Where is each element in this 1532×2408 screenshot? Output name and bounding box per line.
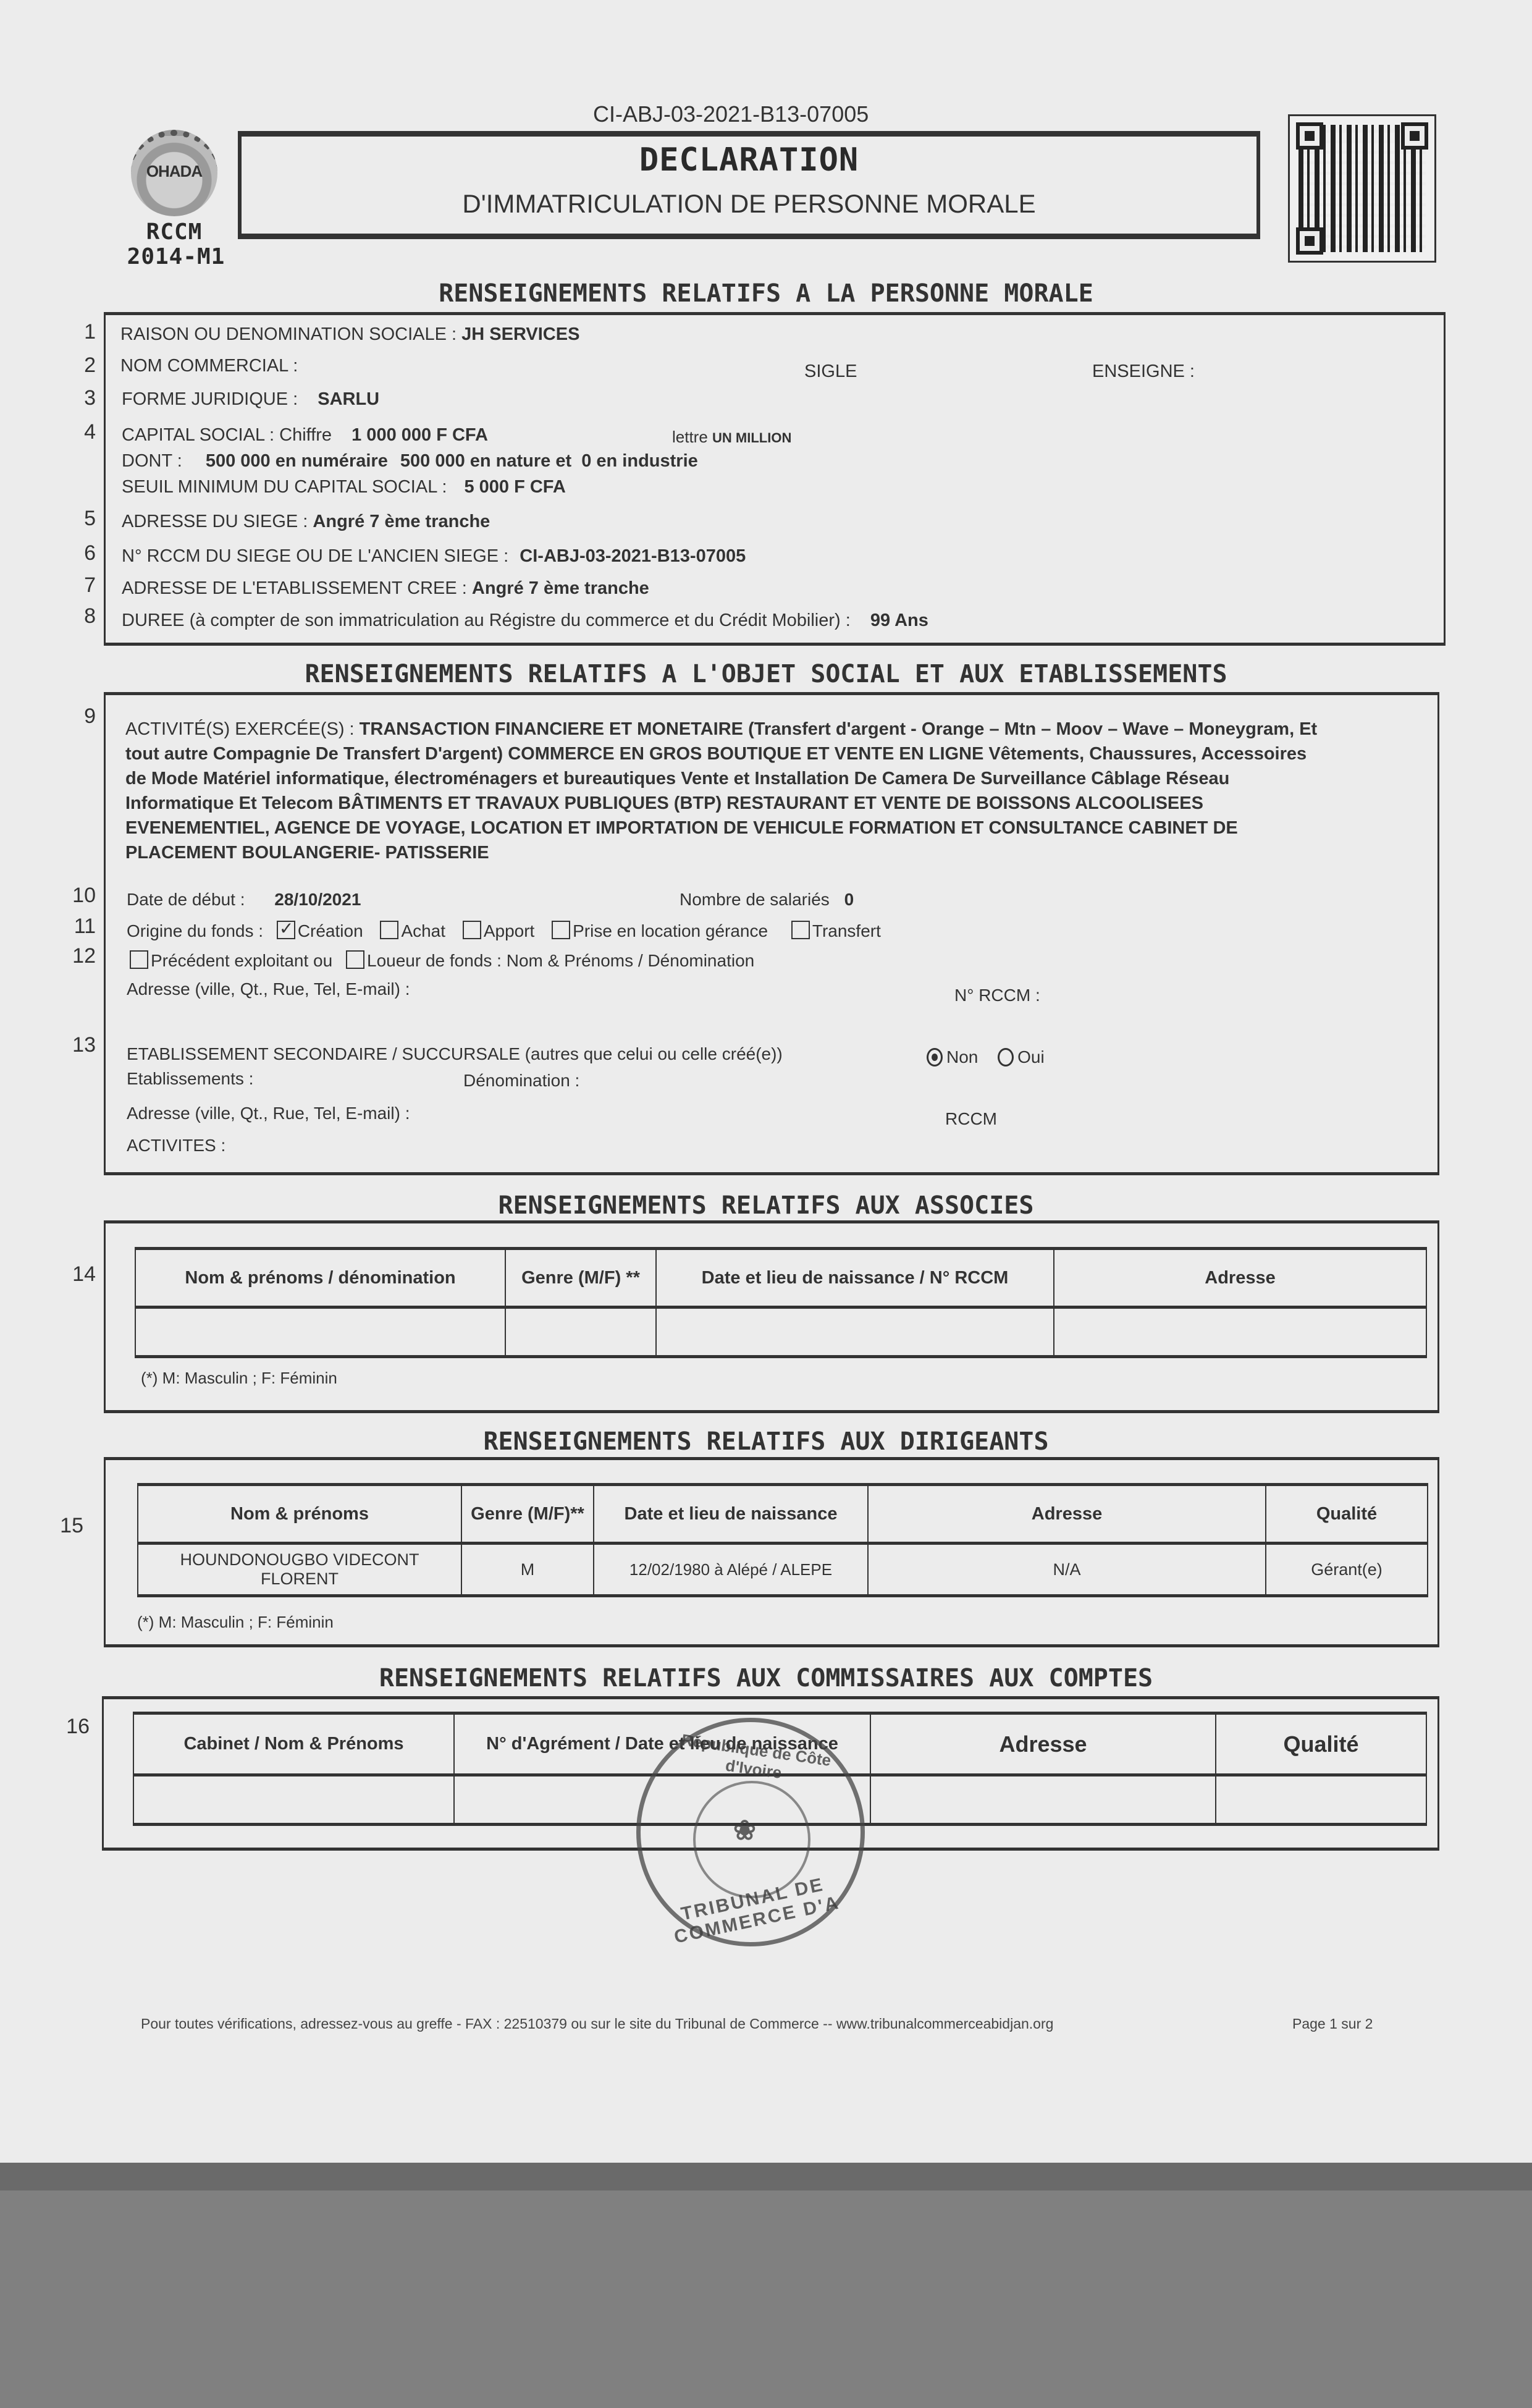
enseigne-label: ENSEIGNE : bbox=[1092, 361, 1195, 382]
checkbox-icon[interactable] bbox=[380, 921, 398, 939]
salaries-label: Nombre de salariés bbox=[680, 890, 830, 909]
associes-col-naissance: Date et lieu de naissance / N° RCCM bbox=[656, 1249, 1054, 1308]
option-creation[interactable]: Création bbox=[277, 921, 363, 940]
row-number-11: 11 bbox=[59, 915, 96, 939]
option-loueur[interactable]: Loueur de fonds : Nom & Prénoms / Dénomi… bbox=[346, 951, 754, 970]
table-row bbox=[135, 1308, 1426, 1357]
associes-cell bbox=[505, 1308, 656, 1357]
commissaires-cell bbox=[1216, 1775, 1426, 1825]
capital-label: CAPITAL SOCIAL : Chiffre bbox=[122, 425, 332, 445]
seuil-label: SEUIL MINIMUM DU CAPITAL SOCIAL : bbox=[122, 477, 447, 497]
row-number-14: 14 bbox=[59, 1262, 96, 1286]
form-code-line1: RCCM bbox=[137, 219, 211, 245]
capital-social-row: CAPITAL SOCIAL : Chiffre 1 000 000 F CFA bbox=[122, 425, 488, 446]
option-apport[interactable]: Apport bbox=[463, 921, 535, 940]
adresse-etablissement-value: Angré 7 ème tranche bbox=[472, 578, 649, 598]
row-number-13: 13 bbox=[59, 1033, 96, 1057]
row-number-3: 3 bbox=[59, 386, 96, 410]
checkbox-checked-icon[interactable] bbox=[277, 921, 295, 939]
radio-non[interactable]: Non bbox=[927, 1047, 978, 1067]
associes-table: Nom & prénoms / dénomination Genre (M/F)… bbox=[135, 1247, 1427, 1358]
qr-finder-top-left bbox=[1296, 122, 1323, 150]
qr-code bbox=[1288, 114, 1436, 263]
associes-note: (*) M: Masculin ; F: Féminin bbox=[141, 1369, 337, 1388]
sigle-label: SIGLE bbox=[804, 361, 857, 382]
seuil-row: SEUIL MINIMUM DU CAPITAL SOCIAL : 5 000 … bbox=[122, 477, 566, 497]
section-title-associes: RENSEIGNEMENTS RELATIFS AUX ASSOCIES bbox=[0, 1191, 1532, 1220]
rccm-siege-label: N° RCCM DU SIEGE OU DE L'ANCIEN SIEGE : bbox=[122, 546, 508, 566]
duree-label: DUREE (à compter de son immatriculation … bbox=[122, 610, 851, 630]
dirigeants-col-genre: Genre (M/F)** bbox=[461, 1485, 594, 1544]
adresse-siege-label: ADRESSE DU SIEGE : bbox=[122, 512, 308, 531]
activites-line-3: de Mode Matériel informatique, électromé… bbox=[125, 766, 1423, 791]
option-apport-label: Apport bbox=[484, 921, 535, 940]
activites-line-5: EVENEMENTIEL, AGENCE DE VOYAGE, LOCATION… bbox=[125, 816, 1423, 840]
commissaires-col-qualite: Qualité bbox=[1216, 1713, 1426, 1775]
section-title-dirigeants: RENSEIGNEMENTS RELATIFS AUX DIRIGEANTS bbox=[0, 1427, 1532, 1456]
duree-row: DUREE (à compter de son immatriculation … bbox=[122, 610, 928, 631]
capital-value: 1 000 000 F CFA bbox=[351, 425, 488, 445]
row-number-5: 5 bbox=[59, 507, 96, 531]
dirigeant-naissance: 12/02/1980 à Alépé / ALEPE bbox=[594, 1544, 868, 1596]
dirigeants-note: (*) M: Masculin ; F: Féminin bbox=[137, 1613, 334, 1632]
date-debut-label: Date de début : bbox=[127, 890, 245, 909]
etablissements-label: Etablissements : bbox=[127, 1069, 253, 1089]
checkbox-icon[interactable] bbox=[463, 921, 481, 939]
forme-juridique-row: FORME JURIDIQUE : SARLU bbox=[122, 389, 379, 410]
option-achat[interactable]: Achat bbox=[380, 921, 445, 940]
capital-lettre: lettre UN MILLION bbox=[672, 428, 791, 447]
option-transfert-label: Transfert bbox=[812, 921, 881, 940]
associes-cell bbox=[1054, 1308, 1426, 1357]
row-number-7: 7 bbox=[59, 573, 96, 598]
radio-non-label: Non bbox=[946, 1047, 978, 1067]
option-creation-label: Création bbox=[298, 921, 363, 940]
option-achat-label: Achat bbox=[401, 921, 445, 940]
denomination-value: JH SERVICES bbox=[461, 324, 579, 344]
etablissement-adresse-label: Adresse (ville, Qt., Rue, Tel, E-mail) : bbox=[127, 1104, 410, 1123]
associes-cell bbox=[656, 1308, 1054, 1357]
numeraire-value: 500 000 en numéraire bbox=[206, 451, 388, 471]
nature-value: 500 000 en nature et bbox=[400, 451, 571, 471]
precedent-adresse-label: Adresse (ville, Qt., Rue, Tel, E-mail) : bbox=[127, 979, 410, 999]
forme-juridique-label: FORME JURIDIQUE : bbox=[122, 389, 298, 409]
option-precedent[interactable]: Précédent exploitant ou bbox=[130, 951, 332, 970]
denomination-secondaire-label: Dénomination : bbox=[463, 1071, 579, 1091]
denomination-row: RAISON OU DENOMINATION SOCIALE : JH SERV… bbox=[120, 324, 579, 345]
activites-block: ACTIVITÉ(S) EXERCÉE(S) : TRANSACTION FIN… bbox=[125, 717, 1423, 865]
associes-col-adresse: Adresse bbox=[1054, 1249, 1426, 1308]
salaries-row: Nombre de salariés 0 bbox=[680, 890, 854, 910]
duree-value: 99 Ans bbox=[870, 610, 928, 630]
row-number-10: 10 bbox=[59, 884, 96, 908]
etablissement-rccm-label: RCCM bbox=[945, 1109, 997, 1129]
row-number-6: 6 bbox=[59, 541, 96, 565]
salaries-value: 0 bbox=[844, 890, 854, 909]
document-subtitle: D'IMMATRICULATION DE PERSONNE MORALE bbox=[242, 189, 1256, 219]
row-number-4: 4 bbox=[59, 420, 96, 444]
activites-line-1: TRANSACTION FINANCIERE ET MONETAIRE (Tra… bbox=[360, 719, 1318, 739]
commissaires-col-adresse: Adresse bbox=[870, 1713, 1216, 1775]
ohada-logo: OHADA bbox=[131, 130, 217, 216]
radio-oui[interactable]: Oui bbox=[998, 1047, 1045, 1067]
etablissement-secondaire-label: ETABLISSEMENT SECONDAIRE / SUCCURSALE (a… bbox=[127, 1044, 783, 1064]
row-number-8: 8 bbox=[59, 604, 96, 628]
adresse-etablissement-row: ADRESSE DE L'ETABLISSEMENT CREE : Angré … bbox=[122, 578, 649, 599]
checkbox-icon[interactable] bbox=[552, 921, 570, 939]
dirigeant-qualite: Gérant(e) bbox=[1266, 1544, 1428, 1596]
activites-line-2: tout autre Compagnie De Transfert D'arge… bbox=[125, 741, 1423, 766]
qr-finder-top-right bbox=[1401, 122, 1428, 150]
commissaires-cell bbox=[133, 1775, 454, 1825]
rccm-siege-value: CI-ABJ-03-2021-B13-07005 bbox=[520, 546, 746, 566]
option-location-gerance-label: Prise en location gérance bbox=[573, 921, 768, 940]
option-loueur-label: Loueur de fonds : Nom & Prénoms / Dénomi… bbox=[367, 951, 754, 970]
forme-juridique-value: SARLU bbox=[318, 389, 379, 409]
rccm-siege-row: N° RCCM DU SIEGE OU DE L'ANCIEN SIEGE : … bbox=[122, 546, 746, 567]
adresse-etablissement-label: ADRESSE DE L'ETABLISSEMENT CREE : bbox=[122, 578, 467, 598]
commissaires-cell bbox=[870, 1775, 1216, 1825]
row-number-12: 12 bbox=[59, 944, 96, 968]
activites-line-4: Informatique Et Telecom BÂTIMENTS ET TRA… bbox=[125, 791, 1423, 816]
document-page: CI-ABJ-03-2021-B13-07005 OHADA RCCM 2014… bbox=[0, 0, 1532, 2163]
radio-oui-label: Oui bbox=[1017, 1047, 1045, 1067]
scan-shadow-edge bbox=[0, 2163, 1532, 2190]
checkbox-icon[interactable] bbox=[346, 950, 364, 969]
origine-fonds-label: Origine du fonds : bbox=[127, 921, 263, 940]
dirigeants-col-naissance: Date et lieu de naissance bbox=[594, 1485, 868, 1544]
page-number: Page 1 sur 2 bbox=[1292, 2016, 1373, 2032]
activites-line-6: PLACEMENT BOULANGERIE- PATISSERIE bbox=[125, 840, 1423, 865]
associes-cell bbox=[135, 1308, 505, 1357]
dont-row: DONT : 500 000 en numéraire 500 000 en n… bbox=[122, 451, 698, 471]
footer-verification-text: Pour toutes vérifications, adressez-vous… bbox=[141, 2016, 1053, 2032]
denomination-label: RAISON OU DENOMINATION SOCIALE : bbox=[120, 324, 457, 344]
checkbox-icon[interactable] bbox=[791, 921, 810, 939]
logo-text: OHADA bbox=[131, 162, 217, 181]
industrie-value: 0 en industrie bbox=[581, 451, 698, 471]
dont-label: DONT : bbox=[122, 451, 182, 471]
checkbox-icon[interactable] bbox=[130, 950, 148, 969]
section-title-objet-social: RENSEIGNEMENTS RELATIFS A L'OBJET SOCIAL… bbox=[0, 660, 1532, 688]
dirigeant-genre: M bbox=[461, 1544, 594, 1596]
coat-of-arms-icon: ❀ bbox=[733, 1815, 756, 1846]
row-number-2: 2 bbox=[59, 353, 96, 378]
etablissement-activites-label: ACTIVITES : bbox=[127, 1136, 225, 1155]
commissaires-col-cabinet: Cabinet / Nom & Prénoms bbox=[133, 1713, 454, 1775]
document-title: DECLARATION bbox=[242, 142, 1256, 179]
date-debut-value: 28/10/2021 bbox=[274, 890, 361, 909]
official-stamp: République de Côte d'Ivoire ❀ TRIBUNAL D… bbox=[636, 1718, 865, 1946]
row-number-15: 15 bbox=[46, 1514, 83, 1538]
radio-icon[interactable] bbox=[998, 1048, 1014, 1067]
activites-label: ACTIVITÉ(S) EXERCÉE(S) : bbox=[125, 719, 355, 739]
radio-selected-icon[interactable] bbox=[927, 1048, 943, 1067]
rccm-number-header: CI-ABJ-03-2021-B13-07005 bbox=[593, 101, 869, 127]
seuil-value: 5 000 F CFA bbox=[464, 477, 565, 497]
title-box: DECLARATION D'IMMATRICULATION DE PERSONN… bbox=[238, 131, 1260, 239]
associes-col-genre: Genre (M/F) ** bbox=[505, 1249, 656, 1308]
lettre-value: UN MILLION bbox=[712, 430, 791, 446]
adresse-siege-value: Angré 7 ème tranche bbox=[313, 512, 490, 531]
section-title-personne-morale: RENSEIGNEMENTS RELATIFS A LA PERSONNE MO… bbox=[0, 279, 1532, 308]
dirigeants-col-qualite: Qualité bbox=[1266, 1485, 1428, 1544]
option-transfert[interactable]: Transfert bbox=[791, 921, 881, 940]
option-precedent-label: Précédent exploitant ou bbox=[151, 951, 332, 970]
precedent-row: Précédent exploitant ou Loueur de fonds … bbox=[130, 950, 754, 971]
nom-commercial-label: NOM COMMERCIAL : bbox=[120, 356, 298, 376]
etablissement-secondaire-radio: Non Oui bbox=[927, 1047, 1045, 1067]
qr-finder-bottom-left bbox=[1296, 227, 1323, 255]
lettre-label: lettre bbox=[672, 428, 708, 446]
row-number-1: 1 bbox=[59, 320, 96, 344]
section-title-commissaires: RENSEIGNEMENTS RELATIFS AUX COMMISSAIRES… bbox=[0, 1664, 1532, 1692]
dirigeants-table: Nom & prénoms Genre (M/F)** Date et lieu… bbox=[137, 1483, 1428, 1597]
dirigeants-col-nom: Nom & prénoms bbox=[138, 1485, 461, 1544]
row-number-9: 9 bbox=[59, 704, 96, 729]
precedent-rccm-label: N° RCCM : bbox=[954, 986, 1040, 1005]
adresse-siege-row: ADRESSE DU SIEGE : Angré 7 ème tranche bbox=[122, 512, 490, 532]
table-row: HOUNDONOUGBO VIDECONT FLORENT M 12/02/19… bbox=[138, 1544, 1428, 1596]
dirigeants-col-adresse: Adresse bbox=[868, 1485, 1266, 1544]
associes-col-nom: Nom & prénoms / dénomination bbox=[135, 1249, 505, 1308]
row-number-16: 16 bbox=[53, 1715, 90, 1739]
form-code-line2: 2014-M1 bbox=[117, 244, 235, 269]
dirigeant-adresse: N/A bbox=[868, 1544, 1266, 1596]
option-location-gerance[interactable]: Prise en location gérance bbox=[552, 921, 768, 940]
dirigeant-nom: HOUNDONOUGBO VIDECONT FLORENT bbox=[138, 1544, 461, 1596]
origine-fonds-row: Origine du fonds : Création Achat Apport… bbox=[127, 921, 881, 941]
date-debut-row: Date de début : 28/10/2021 bbox=[127, 890, 361, 910]
